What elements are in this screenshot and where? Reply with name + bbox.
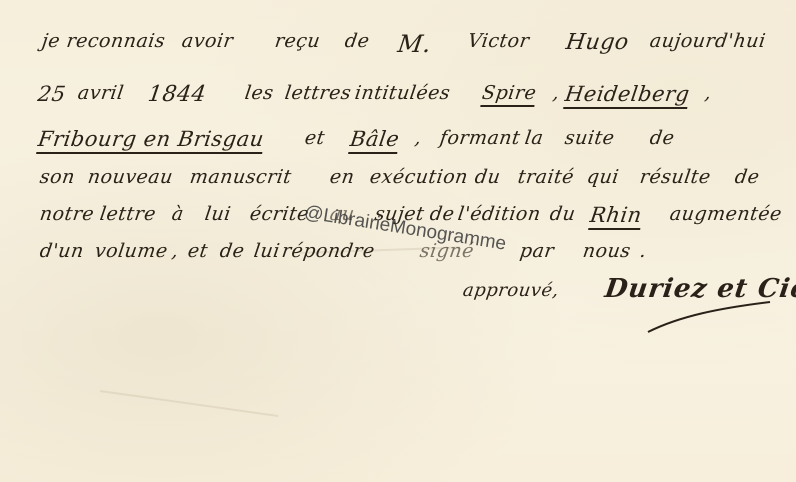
word: qui <box>585 166 620 188</box>
word: , <box>703 82 713 104</box>
word: M. <box>396 30 433 58</box>
word: d'un <box>38 240 85 262</box>
word: exécution <box>368 166 469 188</box>
handwritten-line-2: 25 avril 1844 les lettres intitulées Spi… <box>0 82 796 118</box>
word: à <box>170 203 185 225</box>
word: nouveau <box>86 166 174 188</box>
word: du <box>473 166 501 188</box>
title-spire: Spire <box>480 82 538 107</box>
word: de <box>648 127 676 149</box>
word: l'édition <box>456 203 542 225</box>
word: suite <box>563 127 616 149</box>
word: en <box>328 166 356 188</box>
word: aujourd'hui <box>648 30 767 52</box>
word: reçu <box>273 30 321 52</box>
handwritten-line-3: Fribourg en Brisgau et Bâle , formant la… <box>0 127 796 163</box>
word: intitulées <box>353 82 451 104</box>
word: répondre <box>280 240 376 262</box>
handwritten-line-1: je reconnais avoir reçu de M. Victor Hug… <box>0 30 796 66</box>
title-heidelberg: Heidelberg <box>563 82 691 109</box>
word: je reconnais <box>40 30 166 52</box>
word: et <box>303 127 326 149</box>
word: par <box>518 240 555 262</box>
letter-paper: je reconnais avoir reçu de M. Victor Hug… <box>0 0 796 482</box>
signature-line: approuvé, Duriez et Cie <box>0 276 796 326</box>
word: , <box>170 240 180 262</box>
word: , <box>551 82 561 104</box>
word: avril <box>76 82 125 104</box>
word: formant <box>438 127 521 149</box>
word: lui <box>203 203 232 225</box>
word: la <box>523 127 544 149</box>
word: son <box>38 166 76 188</box>
word: nous <box>581 240 632 262</box>
title-fribourg-en-brisgau: Fribourg en Brisgau <box>36 127 265 154</box>
word: , <box>413 127 423 149</box>
paper-crease <box>100 390 279 417</box>
word: notre <box>38 203 95 225</box>
word: du <box>548 203 576 225</box>
signature-flourish-icon <box>640 288 780 338</box>
word: Victor <box>466 30 530 52</box>
word: traité <box>516 166 575 188</box>
approved-label: approuvé, <box>462 280 561 301</box>
word: les <box>243 82 275 104</box>
word: augmentée <box>668 203 783 225</box>
word: lui <box>252 240 281 262</box>
word: de <box>343 30 371 52</box>
word: lettres <box>283 82 352 104</box>
word: . <box>638 240 648 262</box>
word: de <box>733 166 761 188</box>
word: Hugo <box>564 30 630 55</box>
word: résulte <box>638 166 712 188</box>
word: 25 <box>36 82 67 106</box>
title-bale: Bâle <box>348 127 401 154</box>
word: écrite <box>248 203 310 225</box>
handwritten-line-6: d'un volume , et de lui répondre signé p… <box>0 240 796 276</box>
title-rhin: Rhin <box>588 203 643 230</box>
date-year: 1844 <box>146 82 208 107</box>
word: et <box>186 240 209 262</box>
word: manuscrit <box>188 166 293 188</box>
word: de <box>218 240 246 262</box>
word: lettre <box>98 203 157 225</box>
word: volume <box>93 240 169 262</box>
word: avoir <box>180 30 234 52</box>
handwritten-line-4: son nouveau manuscrit en exécution du tr… <box>0 166 796 202</box>
